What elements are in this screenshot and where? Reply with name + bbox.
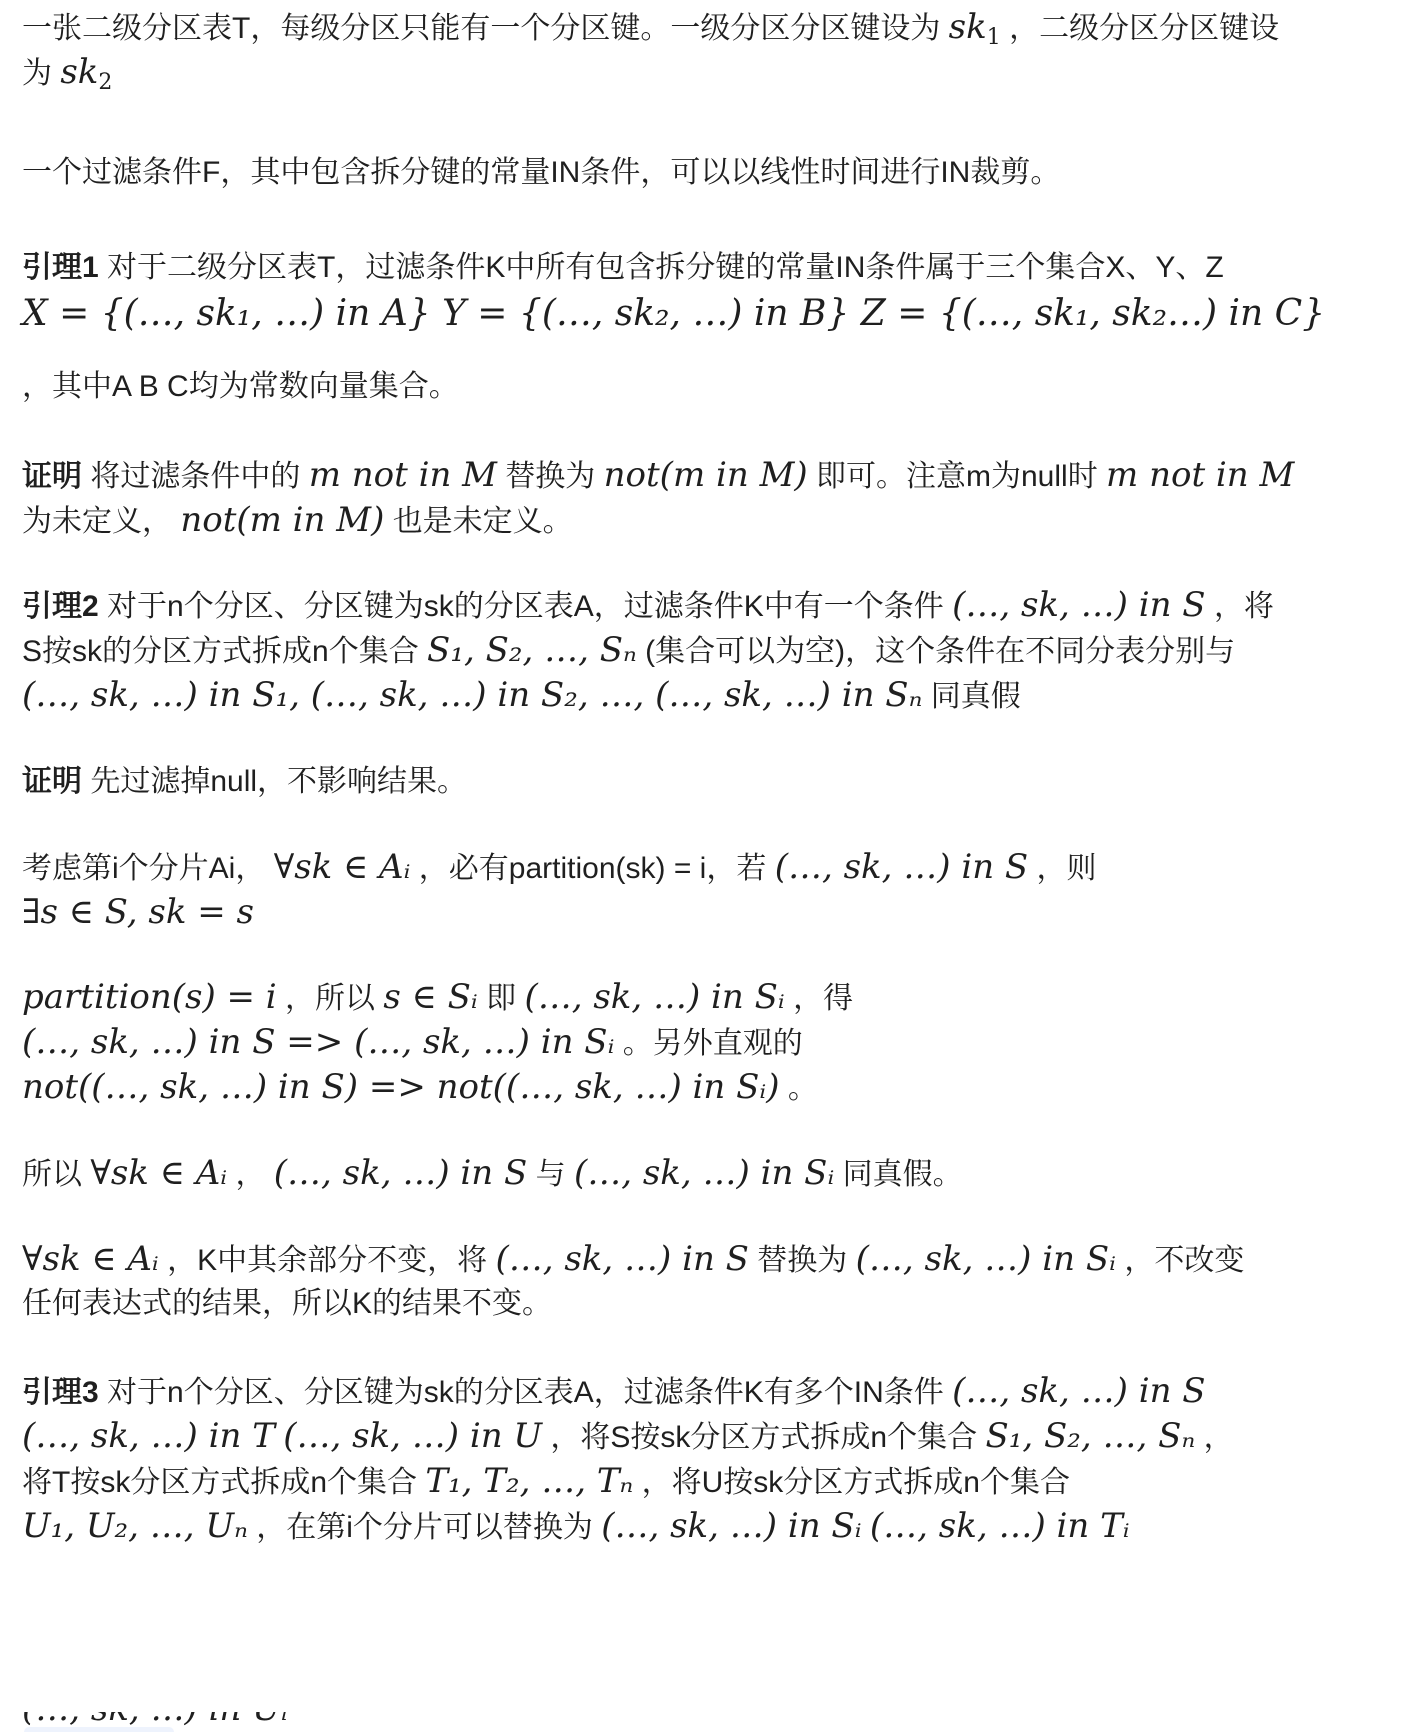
math-in-si-2: (…, sk, …) in Sᵢ bbox=[574, 1153, 834, 1193]
intro-line-1: 一张二级分区表T，每级分区只能有一个分区键。一级分区分区键设为 sk1 ，二级分… bbox=[22, 2, 1279, 54]
proof-1-text-b: 替换为 bbox=[505, 460, 595, 493]
proof-1-text-a: 将过滤条件中的 bbox=[90, 460, 300, 493]
implies-tail: 。另外直观的 bbox=[623, 1027, 803, 1060]
math-forall: ∀sk ∈ Aᵢ bbox=[274, 847, 411, 887]
lemma-1-label: 引理1 bbox=[22, 251, 99, 284]
math-in-si: (…, sk, …) in Sᵢ bbox=[524, 977, 784, 1017]
proof-2-label: 证明 bbox=[22, 765, 82, 798]
final-text-a: ，K中其余部分不变，将 bbox=[167, 1244, 487, 1277]
math-t-sets: T₁, T₂, …, Tₙ bbox=[425, 1461, 633, 1501]
final-text-b: 替换为 bbox=[757, 1244, 847, 1277]
math-sk1: sk1 bbox=[949, 7, 1001, 47]
lemma-3-text-d: 将T按sk分区方式拆成n个集合 bbox=[22, 1466, 417, 1499]
so-text-b: ， bbox=[235, 1158, 265, 1191]
math-not-in-2: m not in M bbox=[1106, 455, 1294, 495]
partition-text-a: ，所以 bbox=[285, 982, 375, 1015]
math-in-ti: (…, sk, …) in Tᵢ bbox=[870, 1506, 1130, 1546]
math-in-s: (…, sk, …) in S bbox=[952, 585, 1206, 625]
lemma-3-text-c: ， bbox=[1204, 1421, 1234, 1454]
consider-text-c: ，则 bbox=[1037, 852, 1097, 885]
lemma-3-label: 引理3 bbox=[22, 1376, 99, 1409]
so-text-d: 同真假。 bbox=[843, 1158, 963, 1191]
math-partition: partition(s) = i bbox=[22, 977, 277, 1017]
proof-1-text-e: 也是未定义。 bbox=[393, 505, 573, 538]
math-not-paren: not(m in M) bbox=[604, 455, 808, 495]
math-in-u: (…, sk, …) in U bbox=[283, 1416, 542, 1456]
lemma-2-text-c: S按sk的分区方式拆成n个集合 bbox=[22, 635, 419, 668]
math-in-si-4: (…, sk, …) in Sᵢ bbox=[601, 1506, 861, 1546]
so-text-c: 与 bbox=[536, 1158, 566, 1191]
lemma-3-line-4: U₁, U₂, …, Uₙ ，在第i个分片可以替换为 (…, sk, …) in… bbox=[22, 1501, 1130, 1553]
math-in-s-4: (…, sk, …) in S bbox=[495, 1239, 749, 1279]
math-in-s-2: (…, sk, …) in S bbox=[775, 847, 1029, 887]
math-in-s-3: (…, sk, …) in S bbox=[274, 1153, 528, 1193]
lemma-3-text-e: ，将U按sk分区方式拆成n个集合 bbox=[642, 1466, 1070, 1499]
lemma-2-text-b: ，将 bbox=[1214, 590, 1274, 623]
partition-text-c: ，得 bbox=[793, 982, 853, 1015]
proof-1-text-d: 为未定义， bbox=[22, 505, 172, 538]
intro-text-2: 为 bbox=[22, 57, 52, 90]
proof-1-text-c: 即可。注意m为null时 bbox=[816, 460, 1098, 493]
lemma-2-text-a: 对于n个分区、分区键为sk的分区表A，过滤条件K中有一个条件 bbox=[107, 590, 944, 623]
intro-text: 一张二级分区表T，每级分区只能有一个分区键。一级分区分区键设为 bbox=[22, 12, 940, 45]
math-in-t: (…, sk, …) in T bbox=[22, 1416, 275, 1456]
math-in-si-3: (…, sk, …) in Sᵢ bbox=[856, 1239, 1116, 1279]
lemma-1-text: 对于二级分区表T，过滤条件K中所有包含拆分键的常量IN条件属于三个集合X、Y、Z bbox=[107, 251, 1224, 284]
math-s-sets-2: S₁, S₂, …, Sₙ bbox=[985, 1416, 1195, 1456]
math-sk2: sk2 bbox=[60, 52, 112, 92]
proof-2-text: 先过滤掉null，不影响结果。 bbox=[90, 765, 467, 798]
lemma-2-label: 引理2 bbox=[22, 590, 99, 623]
bottom-toolbar-chip[interactable] bbox=[24, 1727, 174, 1732]
lemma-1-note: ，其中A B C均为常数向量集合。 bbox=[22, 362, 459, 412]
not-implies-tail: 。 bbox=[788, 1072, 818, 1105]
math-forall-3: ∀sk ∈ Aᵢ bbox=[22, 1239, 159, 1279]
math-implies: (…, sk, …) in S => (…, sk, …) in Sᵢ bbox=[22, 1022, 614, 1062]
proof-1-label: 证明 bbox=[22, 460, 82, 493]
lemma-2-text-e: 同真假 bbox=[931, 680, 1021, 713]
proof-2-final-2: 任何表达式的结果，所以K的结果不变。 bbox=[22, 1279, 552, 1329]
consider-text-b: ，必有partition(sk) = i，若 bbox=[419, 852, 767, 885]
math-not-paren-2: not(m in M) bbox=[180, 500, 384, 540]
math-exists: ∃s ∈ S, sk = s bbox=[22, 892, 254, 932]
proof-2-so: 所以 ∀sk ∈ Aᵢ ， (…, sk, …) in S 与 (…, sk, … bbox=[22, 1148, 963, 1200]
lemma-1-statement: 引理1 对于二级分区表T，过滤条件K中所有包含拆分键的常量IN条件属于三个集合X… bbox=[22, 243, 1224, 293]
cut-off-line: (…, sk, …) in Uᵢ bbox=[22, 1712, 1402, 1732]
intro-tail: ，二级分区分区键设 bbox=[1009, 12, 1279, 45]
math-not-implies: not((…, sk, …) in S) => not((…, sk, …) i… bbox=[22, 1067, 780, 1107]
proof-2-exists: ∃s ∈ S, sk = s bbox=[22, 887, 254, 939]
lemma-2-text-d: (集合可以为空)，这个条件在不同分表分别与 bbox=[645, 635, 1235, 668]
lemma-2-line-3: (…, sk, …) in S₁, (…, sk, …) in S₂, …, (… bbox=[22, 670, 1021, 722]
consider-text-a: 考虑第i个分片Ai， bbox=[22, 852, 265, 885]
lemma-3-text-a: 对于n个分区、分区键为sk的分区表A，过滤条件K有多个IN条件 bbox=[107, 1376, 944, 1409]
math-s-in-si: s ∈ Sᵢ bbox=[383, 977, 477, 1017]
math-u-sets: U₁, U₂, …, Uₙ bbox=[22, 1506, 248, 1546]
math-s-sets: S₁, S₂, …, Sₙ bbox=[427, 630, 637, 670]
math-in-s-5: (…, sk, …) in S bbox=[952, 1371, 1206, 1411]
partition-text-b: 即 bbox=[486, 982, 516, 1015]
formula-xyz: X = {(…, sk₁, …) in A} Y = {(…, sk₂, …) … bbox=[22, 293, 1325, 334]
filter-description: 一个过滤条件F，其中包含拆分键的常量IN条件，可以以线性时间进行IN裁剪。 bbox=[22, 148, 1060, 198]
proof-2-not-implies: not((…, sk, …) in S) => not((…, sk, …) i… bbox=[22, 1062, 818, 1114]
lemma-3-text-b: ，将S按sk分区方式拆成n个集合 bbox=[550, 1421, 977, 1454]
lemma-1-formula: X = {(…, sk₁, …) in A} Y = {(…, sk₂, …) … bbox=[22, 288, 1325, 339]
final-text-c: ，不改变 bbox=[1124, 1244, 1244, 1277]
so-text-a: 所以 bbox=[22, 1158, 82, 1191]
math-forall-2: ∀sk ∈ Aᵢ bbox=[90, 1153, 227, 1193]
intro-line-2: 为 sk2 bbox=[22, 47, 112, 99]
math-in-s-list: (…, sk, …) in S₁, (…, sk, …) in S₂, …, (… bbox=[22, 675, 922, 715]
proof-2-intro: 证明 先过滤掉null，不影响结果。 bbox=[22, 757, 467, 807]
math-not-in: m not in M bbox=[309, 455, 497, 495]
lemma-3-text-f: ，在第i个分片可以替换为 bbox=[256, 1511, 593, 1544]
proof-1-line-2: 为未定义， not(m in M) 也是未定义。 bbox=[22, 495, 573, 547]
